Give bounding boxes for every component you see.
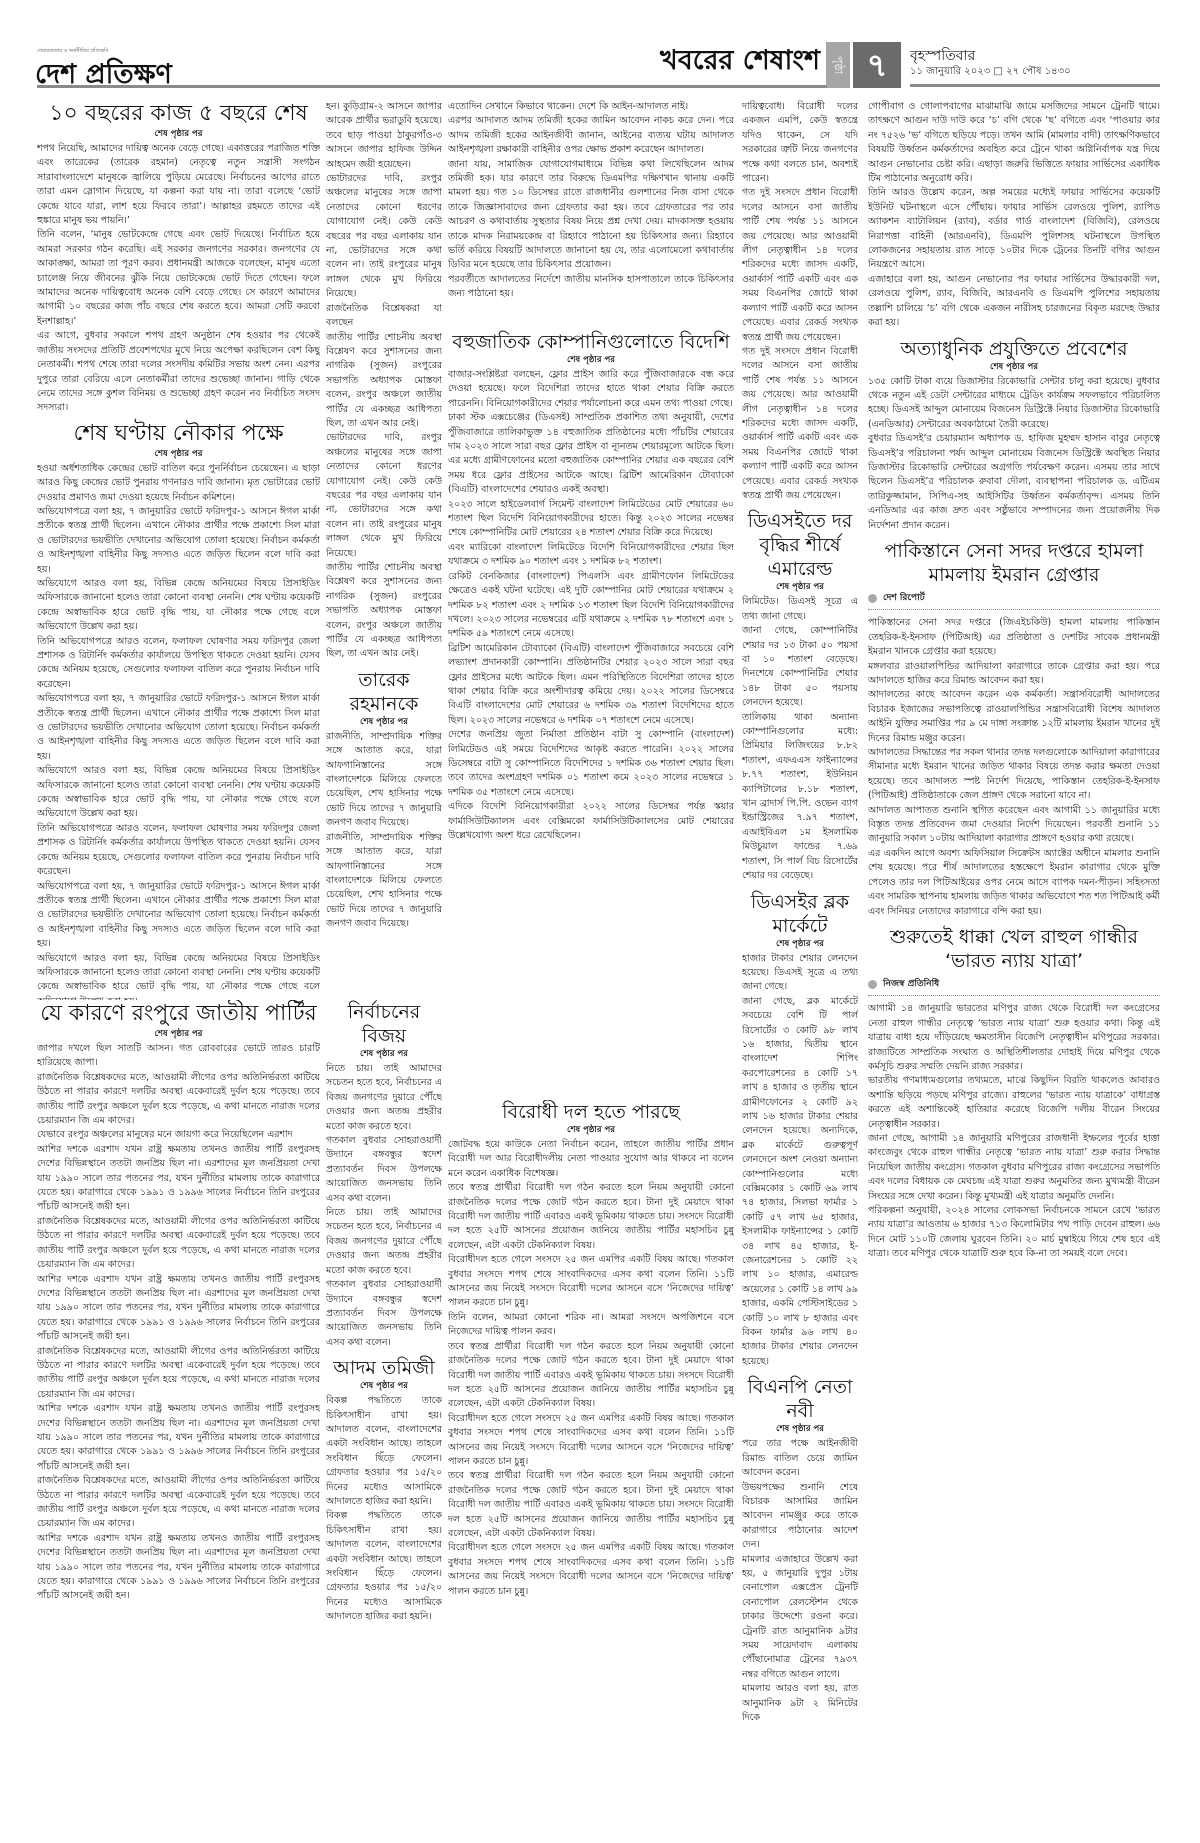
paragraph: গোপীবাগ ও গোলাপবাগের মাঝামাঝি জামে মসজিদ… (868, 100, 1160, 186)
paragraph: দায়িত্ববোধ। বিরোধী দলের একজন এমপি, কেউ … (742, 100, 858, 186)
kicker: শেষ পৃষ্ঠার পর (37, 1028, 320, 1040)
paragraph: রাজনীতি, সাম্প্রদায়িক শক্তির সঙ্গে আতাত… (326, 831, 442, 932)
paragraph: তালিকায় থাকা অন্যান্য কোম্পানিগুলোর মধ্… (742, 711, 858, 884)
paragraph: জানা গেছে, কোম্পানিটির শেয়ার দর ১৩ টাকা… (742, 624, 858, 710)
paragraph: তবে স্বতন্ত্র প্রার্থীরা বিরোধী দল গঠন ক… (448, 1181, 734, 1253)
column-2-lower: নির্বাচনের বিজয় শেষ পৃষ্ঠার পর নিতে চায… (326, 1000, 442, 1700)
paragraph: তিনি বলেন, ‘মানুষ ভোটকেন্দ্রে গেছে এবং ভ… (37, 228, 320, 329)
column-5: গোপীবাগ ও গোলাপবাগের মাঝামাঝি জামে মসজিদ… (868, 100, 1160, 1840)
paragraph: হন। কুড়িগ্রাম-২ আসনে জাপার আরেক প্রার্থ… (326, 100, 442, 172)
paragraph: গতকাল বুধবার সোহরাওয়ার্দী উদ্যানে বঙ্গব… (326, 1278, 442, 1350)
paragraph: এদিকে বিদেশি বিনিয়োগকারীরা ২০২২ সালের ড… (448, 800, 734, 843)
kicker: শেষ পৃষ্ঠার পর (326, 1048, 442, 1060)
column-3: এতোদিন সেখানে কিভাবে থাকেন। দেশে কি আইন-… (448, 100, 734, 320)
page-label-text: পৃষ্ঠা (826, 42, 850, 88)
paragraph: যেভাবে রংপুর অঞ্চলের মানুষের মনে জায়গা … (37, 1128, 320, 1142)
paragraph: আশির দশকে এরশাদ যখন রাষ্ট্র ক্ষমতায় তখন… (37, 1532, 320, 1604)
byline-text: নিজস্ব প্রতিনিধি (883, 977, 939, 991)
article-opposition: বিরোধী দল হতে পারছে শেষ পৃষ্ঠার পর জোটবদ… (448, 1100, 734, 1840)
kicker: শেষ পৃষ্ঠার পর (742, 581, 858, 593)
masthead-rule-right (910, 84, 1160, 87)
paragraph: ২০২৩ সালে হাইডেলবার্গ সিমেন্ট বাংলাদেশ ল… (448, 498, 734, 541)
paragraph: বিরোধীদল হতে গেলে সংসদে ২৫ জন এমপির একটি… (448, 1253, 734, 1311)
headline-last-hour-boat: শেষ ঘণ্টায় নৌকার পক্ষে (37, 420, 320, 448)
paragraph: গতকাল বুধবার সোহরাওয়ার্দী উদ্যানে বঙ্গব… (326, 1134, 442, 1206)
paragraph: রাজনৈতিক বিশ্লেষকদের মতে, আওয়ামী লীগের … (37, 1071, 320, 1129)
column-2: হন। কুড়িগ্রাম-২ আসনে জাপার আরেক প্রার্থ… (326, 100, 442, 1100)
paragraph: ১৩৫ কোটি টাকা ব্যয়ে ডিজাস্টার রিকোভারি … (868, 375, 1160, 433)
paragraph: জোটবদ্ধ হয়ে কাউকে নেতা নির্বাচন করেন, ত… (448, 1138, 734, 1181)
paragraph: বিরোধীদল হতে গেলে সংসদে ২৫ জন এমপির একটি… (448, 1412, 734, 1470)
headline-10-years: ১০ বছরের কাজ ৫ বছরে শেষ (37, 100, 320, 128)
paragraph: গত দুই সংসদে প্রধান বিরোধী দলের আসনে বসা… (742, 186, 858, 344)
paragraph: অভিযোগপত্রে বলা হয়, ৭ জানুয়ারির ভোটে ফ… (37, 692, 320, 764)
paragraph: আশির দশকে এরশাদ যখন রাষ্ট্র ক্ষমতায় তখন… (37, 1402, 320, 1474)
paragraph: গত দুই সংসদে প্রধান বিরোধী দলের আসনে বসা… (742, 345, 858, 503)
paragraph: বিরোধীদল হতে গেলে সংসদে ২৫ জন এমপির একটি… (448, 1541, 734, 1599)
article-multinational: বহুজাতিক কোম্পানিগুলোতে বিদেশি শেষ পৃষ্ঠ… (448, 330, 734, 1100)
headline-dse-block-market: ডিএসইর ব্লক মার্কেটে (742, 890, 858, 938)
paragraph: শপথ নিয়েছি, আমাদের দায়িত্ব অনেক বেড়ে … (37, 142, 320, 228)
paragraph: মামলার এজাহারে উল্লেখ করা হয়, ৫ জানুয়া… (742, 1553, 858, 1683)
paragraph: জাতীয় পার্টির শোচনীয় অবস্থা বিশ্লেষণ ক… (326, 331, 442, 432)
paragraph: রাজনীতি, সাম্প্রদায়িক শক্তির সঙ্গে আতাত… (326, 730, 442, 831)
paragraph: জাতীয় পার্টির শোচনীয় অবস্থা বিশ্লেষণ ক… (326, 561, 442, 662)
headline-rangpur-jatiya-party: যে কারণে রংপুরে জাতীয় পার্টির (37, 1000, 320, 1028)
bullet-icon (868, 980, 877, 989)
paragraph: আদালতের সিদ্ধান্তের পর সকল থানার তদন্ত দ… (868, 746, 1160, 804)
paragraph: অভিযোগে আরও বলা হয়, বিভিন্ন কেন্দ্রে অন… (37, 577, 320, 635)
paragraph: হাজার টাকার শেয়ার লেনদেন হয়েছে। ডিএসই … (742, 952, 858, 995)
paragraph: রাজনৈতিক বিশ্লেষকরা যা বলছেন (326, 302, 442, 331)
kicker: শেষ পৃষ্ঠার পর (742, 1423, 858, 1435)
dotted-divider (868, 995, 1160, 996)
paragraph: তিনি আরও উল্লেখ করেন, অল্প সময়ের মধ্যেই… (868, 186, 1160, 272)
masthead-rule-left (37, 85, 827, 88)
paragraph: তবে স্বতন্ত্র প্রার্থীরা বিরোধী দল গঠন ক… (448, 1340, 734, 1412)
kicker: শেষ পৃষ্ঠার পর (448, 1124, 734, 1136)
paragraph: ব্রিটিশ আমেরিকান টোব্যাকো (বিএটি) বাংলাদ… (448, 642, 734, 728)
paragraph: বিকল্প পদ্ধতিতে তাকে চিকিৎসাধীন রাখা হয়… (326, 1394, 442, 1509)
paragraph: পরবর্তীতে আদালতের নির্দেশে জাতীয় মানসিক… (448, 273, 734, 302)
paragraph: অভিযোগে আরও বলা হয়, বিভিন্ন কেন্দ্রে অন… (37, 764, 320, 822)
kicker: শেষ পৃষ্ঠার পর (326, 716, 442, 728)
column-4: দায়িত্ববোধ। বিরোধী দলের একজন এমপি, কেউ … (742, 100, 858, 1840)
column-1-lower: যে কারণে রংপুরে জাতীয় পার্টির শেষ পৃষ্ঠ… (37, 1000, 320, 1740)
paragraph: আগামী ১৪ জানুয়ারি ভারতের মণিপুর রাজ্য থ… (868, 1002, 1160, 1074)
column-1: ১০ বছরের কাজ ৫ বছরে শেষ শেষ পৃষ্ঠার পর শ… (37, 100, 320, 1100)
section-heading: খবরের শেষাংশ (400, 40, 820, 85)
paragraph: জানা গেছে, ব্লক মার্কেটে সবচেয়ে বেশি টি… (742, 995, 858, 1370)
kicker: শেষ পৃষ্ঠার পর (37, 448, 320, 460)
paragraph: দেশের জনপ্রিয় জুতা নির্মাতা প্রতিষ্ঠান … (448, 728, 734, 800)
paragraph: ভারতীয় গণমাধ্যমগুলোর তথ্যমতে, মাঝে কিছু… (868, 1074, 1160, 1132)
paragraph: রাজনৈতিক বিশ্লেষকদের মতে, আওয়ামী লীগের … (37, 1474, 320, 1532)
paragraph: তিনি বলেন, আমরা কোনো শরিক না। আমরা সংসদে… (448, 1311, 734, 1340)
paragraph: জানা যায়, সামাজিক যোগাযোগমাধ্যমে বিভিন্… (448, 158, 734, 273)
masthead-layer: পৃষ্ঠা ৭ বৃহস্পতিবার ১১ জানুয়ারি ২০২৩ □… (0, 0, 1200, 100)
headline-tarique-rahman: তারেক রহমানকে (326, 668, 442, 716)
page-number-box: ৭ (853, 42, 901, 88)
paragraph: এর একদিন আগে অবশ্য অফিসিয়াল সিক্রেটস অ্… (868, 847, 1160, 919)
headline-rahul-gandhi-line1: শুরুতেই ধাক্কা খেল রাহুল গান্ধীর (868, 925, 1160, 949)
paragraph: এবং ম্যারিকো বাংলাদেশ লিমিটেডে বিদেশি বি… (448, 541, 734, 570)
paragraph: মঙ্গলবার রাওয়ালপিন্ডির আদিয়ালা কারাগার… (868, 660, 1160, 689)
paragraph: উভয়পক্ষের শুনানি শেষে বিচারক আসামির জাম… (742, 1481, 858, 1553)
headline-election-victory: নির্বাচনের বিজয় (326, 1000, 442, 1048)
paragraph: হওয়া অর্ধশতাধিক কেন্দ্রের ভোট বাতিল করে… (37, 462, 320, 505)
paragraph: জাপার দখলে ছিল সাতটি আসন। গত রোববারের ভো… (37, 1042, 320, 1071)
paragraph: অভিযোগপত্রে বলা হয়, ৭ জানুয়ারির ভোটে ফ… (37, 505, 320, 577)
headline-bnp-leader-nabi: বিএনপি নেতা নবী (742, 1375, 858, 1423)
headline-dse-price-rise: ডিএসইতে দর বৃদ্ধির শীর্ষে এমারেল্ড (742, 509, 858, 581)
date-label: ১১ জানুয়ারি ২০২৩ □ ২৭ পৌষ ১৪৩০ (910, 64, 1071, 81)
paragraph: তবে স্বতন্ত্র প্রার্থীরা বিরোধী দল গঠন ক… (448, 1469, 734, 1541)
kicker: শেষ পৃষ্ঠার পর (37, 128, 320, 140)
paragraph: এতোদিন সেখানে কিভাবে থাকেন। দেশে কি আইন-… (448, 100, 734, 114)
paragraph: পরে তার পক্ষে আইনজীবী রিমান্ড বাতিল চেয়… (742, 1437, 858, 1480)
paragraph: রাজনৈতিক বিশ্লেষকদের মতে, আওয়ামী লীগের … (37, 1215, 320, 1273)
page-label-box: পৃষ্ঠা (826, 42, 850, 88)
byline-text: দেশ রিপোর্ট (883, 591, 925, 605)
headline-opposition-party: বিরোধী দল হতে পারছে (448, 1100, 734, 1124)
logo-text: দেশ প্রতিক্ষণ (35, 54, 172, 99)
paragraph: এজাহারে বলা হয়, আগুন নেভানোর পর ফায়ার … (868, 273, 1160, 331)
paragraph: জানা গেছে, আগামী ১৪ জানুয়ারি মণিপুরের র… (868, 1132, 1160, 1204)
paragraph: এরপর আদালত আদম তমিজী হকের জামিন আবেদন না… (448, 114, 734, 157)
kicker: শেষ পৃষ্ঠার পর (326, 1380, 442, 1392)
paragraph: বাজার-সংশ্লিষ্টরা বলছেন, ফ্লোর প্রাইস জা… (448, 368, 734, 411)
paragraph: রেকিট বেনকিজার (বাংলাদেশ) পিএলসি এবং গ্র… (448, 570, 734, 642)
paragraph: পাকিস্তানের সেনা সদর দপ্তরে (জিএইচকিউ) হ… (868, 616, 1160, 659)
paragraph: বিকল্প পদ্ধতিতে তাকে চিকিৎসাধীন রাখা হয়… (326, 1509, 442, 1624)
paragraph: পরিকল্পনা অনুযায়ী, ২০২৪ সালের লোকসভা নি… (868, 1204, 1160, 1262)
paragraph: মামলায় আরও বলা হয়, রাত আনুমানিক ৯টা ২ … (742, 1682, 858, 1725)
kicker: শেষ পৃষ্ঠার পর (448, 354, 734, 366)
paragraph: তিনি অভিযোগপত্রে আরও বলেন, ফলাফল ঘোষণার … (37, 635, 320, 693)
paragraph: ভোটারদের দাবি, রংপুর অঞ্চলের মানুষের সঙ্… (326, 172, 442, 302)
dotted-divider (868, 609, 1160, 610)
paragraph: অভিযোগপত্রে বলা হয়, ৭ জানুয়ারির ভোটে ফ… (37, 880, 320, 952)
paragraph: লিমিটেড। ডিএসই সূত্রে এ তথ্য জানা গেছে। (742, 595, 858, 624)
paragraph: বুধবার ডিএসই’র চেয়ারম্যান অধ্যাপক ড. হা… (868, 432, 1160, 533)
kicker: শেষ পৃষ্ঠার পর (742, 938, 858, 950)
byline: দেশ রিপোর্ট (868, 591, 1160, 605)
paragraph: আশির দশকে এরশাদ যখন রাষ্ট্র ক্ষমতায় তখন… (37, 1143, 320, 1215)
paragraph: আদালত আপাতত শুনানি স্থগিত করেছেন এবং আগা… (868, 804, 1160, 847)
paragraph: ভোটারদের দাবি, রংপুর অঞ্চলের মানুষের সঙ্… (326, 431, 442, 561)
paragraph: ঢাকা স্টক এক্সচেঞ্জের (ডিএসই) সাম্প্রতিক… (448, 411, 734, 497)
headline-rahul-gandhi-line2: ‘ভারত ন্যায় যাত্রা’ (868, 949, 1160, 973)
paragraph: রাজনৈতিক বিশ্লেষকদের মতে, আওয়ামী লীগের … (37, 1345, 320, 1403)
bullet-icon (868, 594, 877, 603)
paragraph: আদালতের কাছে আবেদন করেন এক কর্মকর্তা। সন… (868, 688, 1160, 746)
paragraph: নিতে চায়। তাই আমাদের সচেতন হতে হবে, নির… (326, 1206, 442, 1278)
paragraph: নিতে চায়। তাই আমাদের সচেতন হতে হবে, নির… (326, 1062, 442, 1134)
paragraph: তিনি অভিযোগপত্রে আরও বলেন, ফলাফল ঘোষণার … (37, 822, 320, 880)
paragraph: এর আগে, বুধবার সকালে শপথ গ্রহণ অনুষ্ঠান … (37, 329, 320, 415)
headline-imran-arrested: পাকিস্তানে সেনা সদর দপ্তরে হামলা মামলায়… (868, 539, 1160, 587)
byline: নিজস্ব প্রতিনিধি (868, 977, 1160, 991)
headline-adam-tamizi: আদম তমিজী (326, 1356, 442, 1380)
headline-advanced-technology: অত্যাধুনিক প্রযুক্তিতে প্রবেশের (868, 337, 1160, 361)
kicker: শেষ পৃষ্ঠার পর (868, 361, 1160, 373)
headline-multinational-foreign: বহুজাতিক কোম্পানিগুলোতে বিদেশি (448, 330, 734, 354)
paragraph: আশির দশকে এরশাদ যখন রাষ্ট্র ক্ষমতায় তখন… (37, 1273, 320, 1345)
